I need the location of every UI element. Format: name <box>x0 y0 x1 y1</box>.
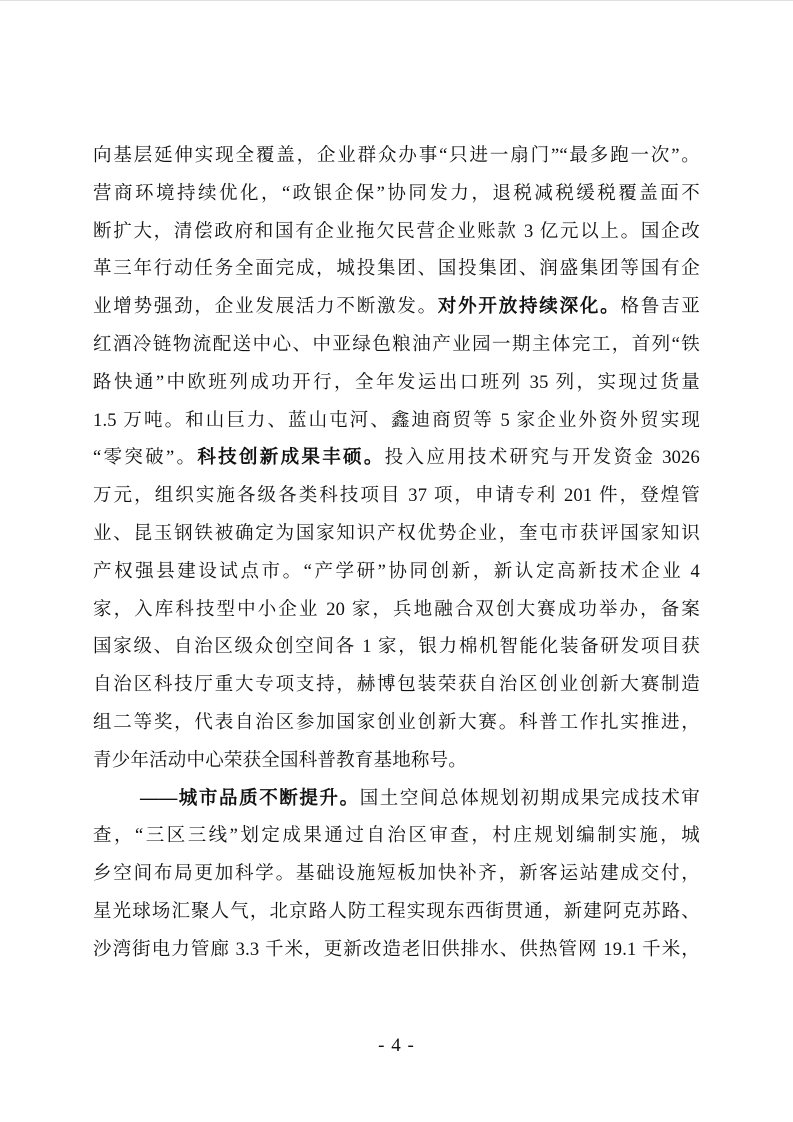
text-run: 国家级、自治区级众创空间各 1 家，银力棉机智能化装备研发项目获 <box>93 637 700 657</box>
text-run: 业、昆玉钢铁被确定为国家知识产权优势企业，奎屯市获评国家知识 <box>93 524 700 544</box>
text-run: 查，“三区三线”划定成果通过自治区审查，村庄规划编制实施，城 <box>93 826 700 846</box>
text-run: 万元，组织实施各级各类科技项目 37 项，申请专利 201 件，登煌管 <box>93 486 700 506</box>
text-line: 向基层延伸实现全覆盖，企业群众办事“只进一扇门”“最多跑一次”。 <box>93 138 700 176</box>
text-line: 红酒冷链物流配送中心、中亚绿色粮油产业园一期主体完工，首列“铁 <box>93 327 700 365</box>
text-run: 自治区科技厅重大专项支持，赫博包装荣获自治区创业创新大赛制造 <box>93 675 700 695</box>
text-run: 星光球场汇聚人气，北京路人防工程实现东西街贯通，新建阿克苏路、 <box>93 902 700 922</box>
text-line: 国家级、自治区级众创空间各 1 家，银力棉机智能化装备研发项目获 <box>93 629 700 667</box>
text-line: 自治区科技厅重大专项支持，赫博包装荣获自治区创业创新大赛制造 <box>93 667 700 705</box>
bold-heading-run: 科技创新成果丰硕。 <box>197 448 384 468</box>
bold-heading-run: ——城市品质不断提升。 <box>140 789 360 809</box>
text-line: 革三年行动任务全面完成，城投集团、国投集团、润盛集团等国有企 <box>93 251 700 289</box>
text-run: “零突破”。 <box>93 448 197 468</box>
text-run: 产权强县建设试点市。“产学研”协同创新，新认定高新技术企业 4 <box>93 562 700 582</box>
text-line: ——城市品质不断提升。国土空间总体规划初期成果完成技术审 <box>93 781 700 819</box>
text-line: 断扩大，清偿政府和国有企业拖欠民营企业账款 3 亿元以上。国企改 <box>93 214 700 252</box>
text-line: 查，“三区三线”划定成果通过自治区审查，村庄规划编制实施，城 <box>93 818 700 856</box>
text-line: 产权强县建设试点市。“产学研”协同创新，新认定高新技术企业 4 <box>93 554 700 592</box>
text-run: 格鲁吉亚 <box>620 297 700 317</box>
text-line: 业增势强劲，企业发展活力不断激发。对外开放持续深化。格鲁吉亚 <box>93 289 700 327</box>
text-run: 业增势强劲，企业发展活力不断激发。 <box>93 297 438 317</box>
text-run: 投入应用技术研究与开发资金 3026 <box>385 448 700 468</box>
text-run: 路快通”中欧班列成功开行，全年发运出口班列 35 列，实现过货量 <box>93 373 700 393</box>
text-run: 乡空间布局更加科学。基础设施短板加快补齐，新客运站建成交付， <box>93 864 700 884</box>
text-line: 乡空间布局更加科学。基础设施短板加快补齐，新客运站建成交付， <box>93 856 700 894</box>
text-run: 红酒冷链物流配送中心、中亚绿色粮油产业园一期主体完工，首列“铁 <box>93 335 700 355</box>
text-run: 向基层延伸实现全覆盖，企业群众办事“只进一扇门”“最多跑一次”。 <box>93 146 700 166</box>
text-run: 家，入库科技型中小企业 20 家，兵地融合双创大赛成功举办，备案 <box>93 600 700 620</box>
text-line: 家，入库科技型中小企业 20 家，兵地融合双创大赛成功举办，备案 <box>93 592 700 630</box>
text-run: 1.5 万吨。和山巨力、蓝山屯河、鑫迪商贸等 5 家企业外资外贸实现 <box>93 411 700 431</box>
text-line: 青少年活动中心荣获全国科普教育基地称号。 <box>93 743 700 781</box>
bold-heading-run: 对外开放持续深化。 <box>438 297 621 317</box>
text-run: 国土空间总体规划初期成果完成技术审 <box>360 789 700 809</box>
text-line: 万元，组织实施各级各类科技项目 37 项，申请专利 201 件，登煌管 <box>93 478 700 516</box>
document-body: 向基层延伸实现全覆盖，企业群众办事“只进一扇门”“最多跑一次”。营商环境持续优化… <box>93 138 700 970</box>
document-page: 向基层延伸实现全覆盖，企业群众办事“只进一扇门”“最多跑一次”。营商环境持续优化… <box>0 0 793 1122</box>
text-line: 营商环境持续优化，“政银企保”协同发力，退税减税缓税覆盖面不 <box>93 176 700 214</box>
text-run: 营商环境持续优化，“政银企保”协同发力，退税减税缓税覆盖面不 <box>93 184 700 204</box>
page-number: - 4 - <box>0 1032 793 1060</box>
text-line: 1.5 万吨。和山巨力、蓝山屯河、鑫迪商贸等 5 家企业外资外贸实现 <box>93 403 700 441</box>
text-line: 路快通”中欧班列成功开行，全年发运出口班列 35 列，实现过货量 <box>93 365 700 403</box>
text-line: 业、昆玉钢铁被确定为国家知识产权优势企业，奎屯市获评国家知识 <box>93 516 700 554</box>
text-line: 星光球场汇聚人气，北京路人防工程实现东西街贯通，新建阿克苏路、 <box>93 894 700 932</box>
text-line: 沙湾街电力管廊 3.3 千米，更新改造老旧供排水、供热管网 19.1 千米， <box>93 932 700 970</box>
text-run: 青少年活动中心荣获全国科普教育基地称号。 <box>93 751 467 771</box>
text-run: 革三年行动任务全面完成，城投集团、国投集团、润盛集团等国有企 <box>93 259 700 279</box>
text-run: 断扩大，清偿政府和国有企业拖欠民营企业账款 3 亿元以上。国企改 <box>93 222 700 242</box>
text-line: 组二等奖，代表自治区参加国家创业创新大赛。科普工作扎实推进， <box>93 705 700 743</box>
text-line: “零突破”。科技创新成果丰硕。投入应用技术研究与开发资金 3026 <box>93 440 700 478</box>
text-run: 组二等奖，代表自治区参加国家创业创新大赛。科普工作扎实推进， <box>93 713 700 733</box>
text-run: 沙湾街电力管廊 3.3 千米，更新改造老旧供排水、供热管网 19.1 千米， <box>93 940 700 960</box>
